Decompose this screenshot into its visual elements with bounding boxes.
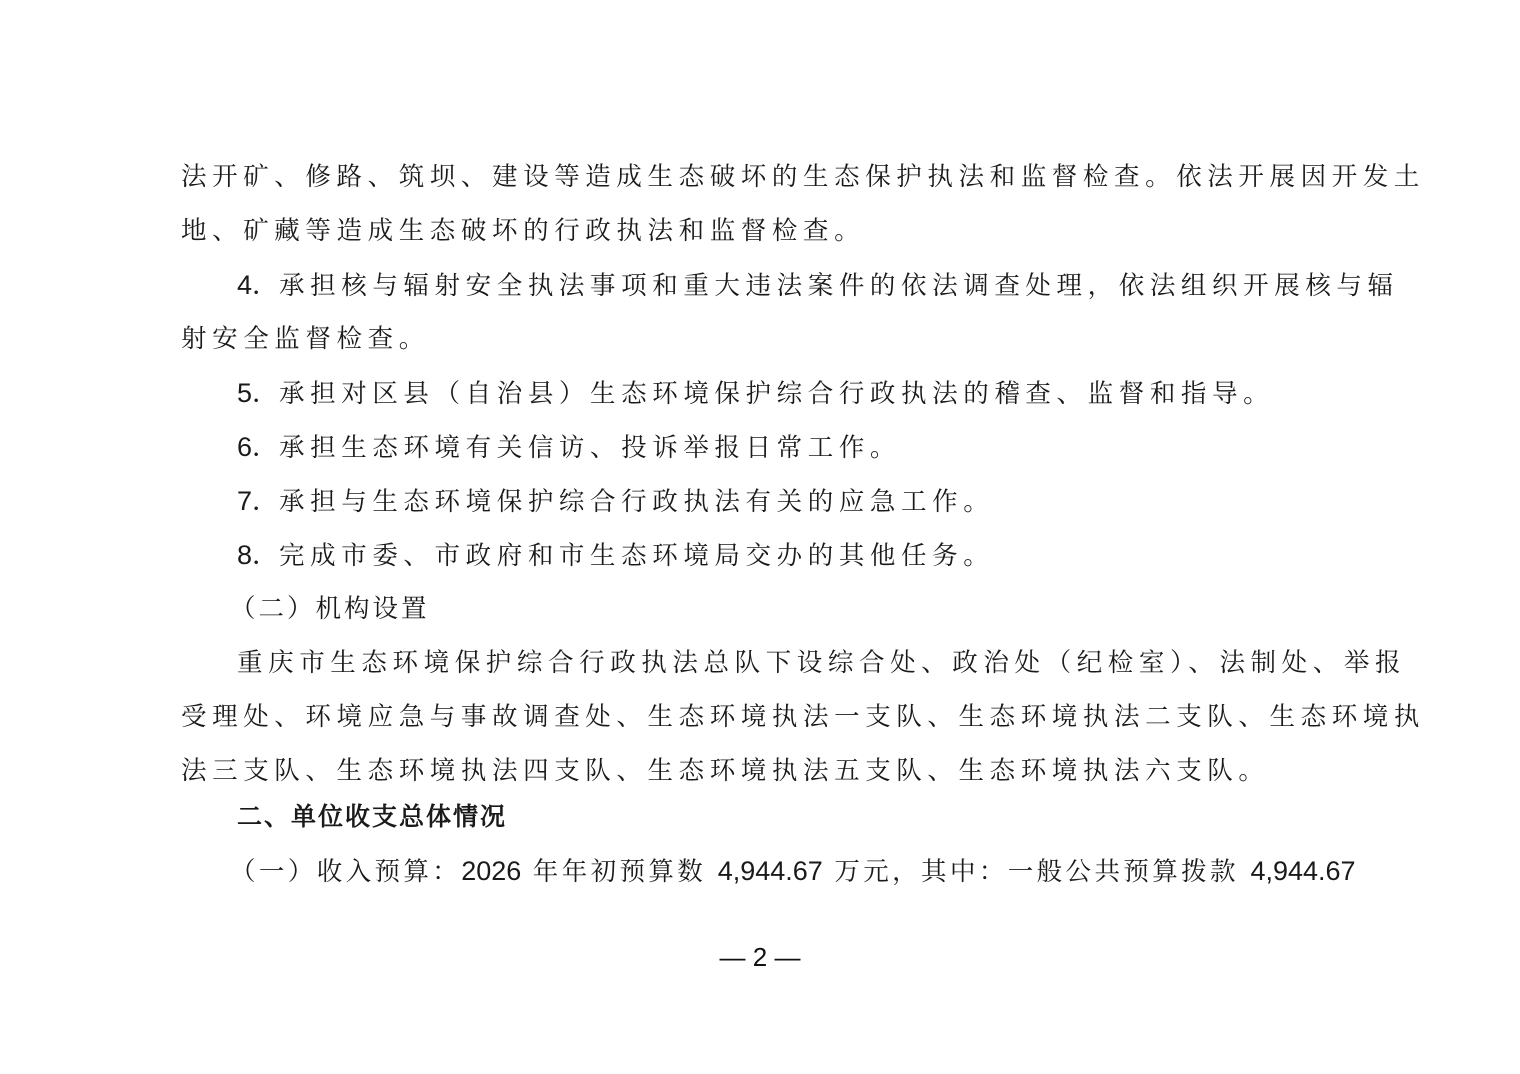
list-number: 8． xyxy=(237,540,279,570)
income-mid2: 万元，其中：一般公共预算拨款 xyxy=(834,857,1239,887)
income-amount-general: 4,944.67 xyxy=(1250,856,1355,886)
income-prefix: （一）收入预算： xyxy=(230,857,461,887)
list-text: 承担生态环境有关信访、投诉举报日常工作。 xyxy=(279,433,901,463)
income-year: 2026 xyxy=(461,856,521,886)
subheading-org-setup: （二）机构设置 xyxy=(230,592,430,626)
list-item-8: 8．完成市委、市政府和市生态环境局交办的其他任务。 xyxy=(237,538,994,573)
list-text: 完成市委、市政府和市生态环境局交办的其他任务。 xyxy=(279,541,994,571)
paragraph-line: 法开矿、修路、筑坝、建设等造成生态破坏的生态保护执法和监督检查。依法开展因开发土 xyxy=(181,160,1425,194)
paragraph-line: 地、矿藏等造成生态破坏的行政执法和监督检查。 xyxy=(181,214,865,248)
page-number: — 2 — xyxy=(0,942,1520,973)
paragraph-line: 法三支队、生态环境执法四支队、生态环境执法五支队、生态环境执法六支队。 xyxy=(181,754,1270,788)
list-item-6: 6．承担生态环境有关信访、投诉举报日常工作。 xyxy=(237,430,901,465)
paragraph-line: 射安全监督检查。 xyxy=(181,322,430,356)
list-number: 7． xyxy=(237,486,279,516)
list-number: 5． xyxy=(237,378,279,408)
list-text: 承担对区县（自治县）生态环境保护综合行政执法的稽查、监督和指导。 xyxy=(279,379,1274,409)
list-item-7: 7．承担与生态环境保护综合行政执法有关的应急工作。 xyxy=(237,484,994,519)
list-number: 6． xyxy=(237,432,279,462)
list-number: 4． xyxy=(237,270,279,300)
paragraph-line: 受理处、环境应急与事故调查处、生态环境执法一支队、生态环境执法二支队、生态环境执 xyxy=(181,700,1425,734)
list-text: 承担与生态环境保护综合行政执法有关的应急工作。 xyxy=(279,487,994,517)
list-text: 承担核与辐射安全执法事项和重大违法案件的依法调查处理，依法组织开展核与辐 xyxy=(279,271,1399,301)
income-mid1: 年年初预算数 xyxy=(533,857,706,887)
list-item-4: 4．承担核与辐射安全执法事项和重大违法案件的依法调查处理，依法组织开展核与辐 xyxy=(237,268,1399,303)
section-heading: 二、单位收支总体情况 xyxy=(237,800,507,834)
income-budget-line: （一）收入预算：2026 年年初预算数 4,944.67 万元，其中：一般公共预… xyxy=(230,854,1356,889)
income-amount-total: 4,944.67 xyxy=(718,856,823,886)
paragraph-line: 重庆市生态环境保护综合行政执法总队下设综合处、政治处（纪检室）、法制处、举报 xyxy=(237,646,1406,680)
list-item-5: 5．承担对区县（自治县）生态环境保护综合行政执法的稽查、监督和指导。 xyxy=(237,376,1274,411)
